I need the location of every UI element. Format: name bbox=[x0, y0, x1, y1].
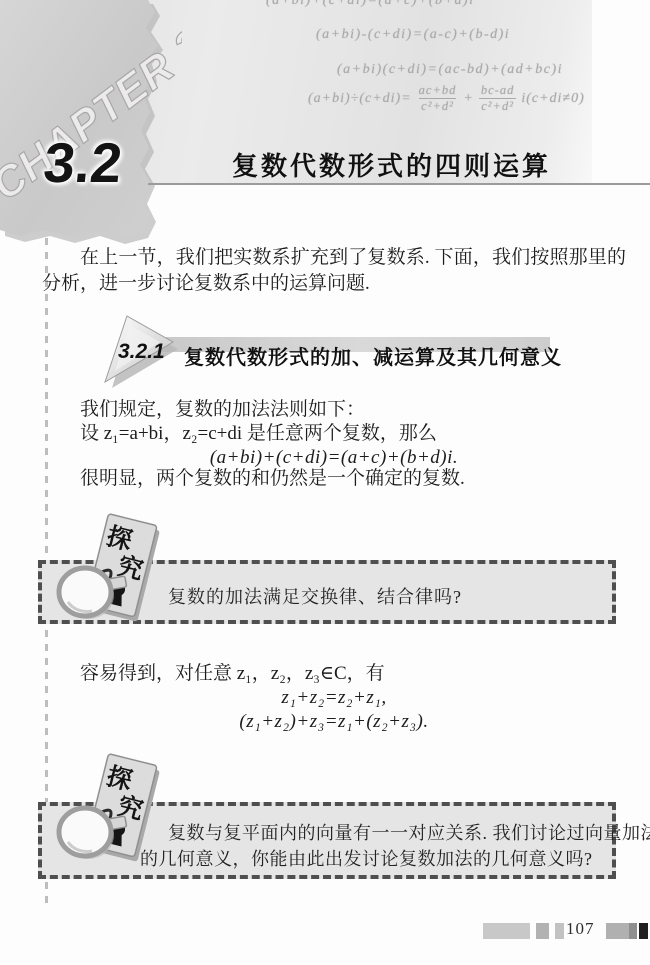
division-lhs: (a+bi)÷(c+di)= bbox=[308, 91, 412, 107]
rule-lead: 我们规定，复数的加法法则如下： bbox=[80, 397, 365, 423]
explore2-question: 复数与复平面内的向量有一一对应关系. 我们讨论过向量加法 的几何意义，你能由此出… bbox=[140, 820, 610, 872]
rule-note: 很明显，两个复数的和仍然是一个确定的复数. bbox=[80, 466, 465, 492]
bg-formula-subtraction: (a+bi)-(c+di)=(a-c)+(b-d)i bbox=[316, 27, 510, 43]
explore1-question: 复数的加法满足交换律、结合律吗? bbox=[168, 583, 462, 609]
fraction2-denominator: c²+d² bbox=[479, 98, 516, 113]
page-title: 复数代数形式的四则运算 bbox=[232, 146, 551, 183]
section-number-large: 3.2 bbox=[41, 130, 126, 195]
intro-paragraph: 在上一节，我们把实数系扩充到了复数系. 下面，我们按照那里的分析，进一步讨论复数… bbox=[42, 245, 626, 297]
bg-formula-multiplication: (a+bi)(c+di)=(ac-bd)+(ad+bc)i bbox=[337, 62, 563, 78]
fraction1-denominator: c²+d² bbox=[419, 98, 456, 113]
footer-block bbox=[536, 923, 549, 939]
rule-setup: 设 z₁=a+bi，z₂=c+di 是任意两个复数，那么 bbox=[80, 421, 437, 447]
bg-formula-division: (a+bi)÷(c+di)= ac+bd c²+d² + bc-ad c²+d²… bbox=[308, 84, 585, 113]
footer-block bbox=[629, 923, 637, 939]
textbook-page: (a+bi)+(c+di)=(a+c)+(b+d)i (a+bi)-(c+di)… bbox=[0, 0, 650, 965]
explore-magnifier-icon: 探 究 bbox=[54, 752, 172, 870]
properties-lead: 容易得到，对任意 z₁，z₂，z₃∈C，有 bbox=[80, 661, 385, 687]
bg-formula-addition: (a+bi)+(c+di)=(a+c)+(b+d)i bbox=[266, 0, 475, 9]
footer-block bbox=[639, 923, 648, 939]
explore-magnifier-icon: 探 究 bbox=[54, 512, 172, 630]
footer-block bbox=[606, 923, 629, 939]
chapter-banner-torn-paper: CHAPTER 3 bbox=[0, 0, 182, 248]
fraction2-numerator: bc-ad bbox=[479, 84, 516, 97]
fraction1-numerator: ac+bd bbox=[417, 84, 459, 97]
explore2-question-line2: 的几何意义，你能由此出发讨论复数加法的几何意义吗? bbox=[140, 846, 610, 872]
section-title: 复数代数形式的加、减运算及其几何意义 bbox=[184, 341, 562, 370]
footer-block bbox=[555, 923, 564, 939]
division-fraction-2: bc-ad c²+d² bbox=[479, 84, 516, 113]
division-fraction-1: ac+bd c²+d² bbox=[417, 84, 459, 113]
commutative-formula: z₁+z₂=z₂+z₁, bbox=[42, 685, 626, 711]
associative-formula: (z₁+z₂)+z₃=z₁+(z₂+z₃). bbox=[42, 709, 626, 735]
section-number: 3.2.1 bbox=[118, 340, 165, 364]
division-tail: i(c+di≠0) bbox=[521, 91, 584, 107]
division-plus: + bbox=[463, 91, 473, 107]
title-underline bbox=[148, 183, 650, 185]
footer-block bbox=[483, 923, 530, 939]
explore2-question-line1: 复数与复平面内的向量有一一对应关系. 我们讨论过向量加法 bbox=[140, 820, 610, 846]
page-number: 107 bbox=[566, 919, 595, 939]
